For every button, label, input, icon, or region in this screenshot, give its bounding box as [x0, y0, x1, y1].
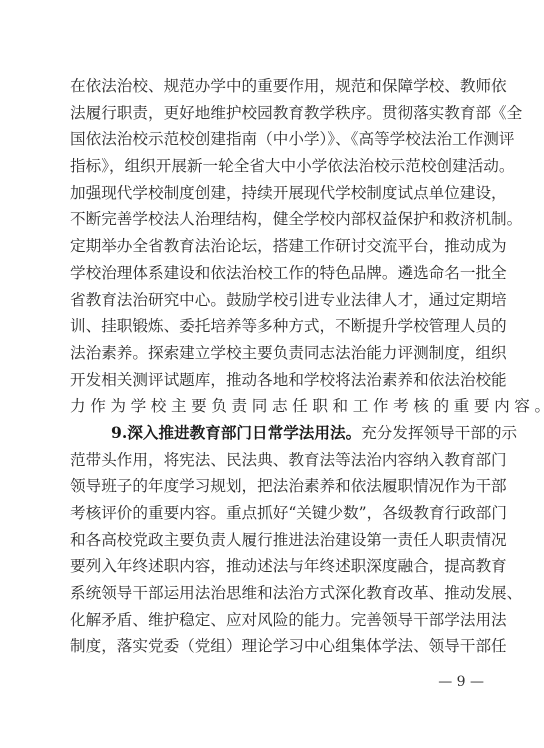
text-line: 定期举办全省教育法治论坛，搭建工作研讨交流平台，推动成为 [70, 233, 484, 260]
body-text: 在依法治校、规范办学中的重要作用，规范和保障学校、教师依 法履行职责，更好地维护… [70, 73, 484, 660]
text-line: 和各高校党政主要负责人履行推进法治建设第一责任人职责情况 [70, 527, 484, 554]
text-line: 力作为学校主要负责同志任职和工作考核的重要内容。 [70, 393, 484, 420]
text-line: 训、挂职锻炼、委托培养等多种方式，不断提升学校管理人员的 [70, 313, 484, 340]
text-line: 制度，落实党委（党组）理论学习中心组集体学法、领导干部任 [70, 633, 484, 660]
text-line: 学校治理体系建设和依法治校工作的特色品牌。遴选命名一批全 [70, 260, 484, 287]
text-line: 范带头作用，将宪法、民法典、教育法等法治内容纳入教育部门 [70, 447, 484, 474]
text-line: 在依法治校、规范办学中的重要作用，规范和保障学校、教师依 [70, 73, 484, 100]
text-line: 指标》，组织开展新一轮全省大中小学依法治校示范校创建活动。 [70, 153, 484, 180]
text-line: 开发相关测评试题库，推动各地和学校将法治素养和依法治校能 [70, 367, 484, 394]
section-9-text: 充分发挥领导干部的示 [361, 424, 517, 442]
text-line: 化解矛盾、维护稳定、应对风险的能力。完善领导干部学法用法 [70, 607, 484, 634]
text-line: 系统领导干部运用法治思维和法治方式深化教育改革、推动发展、 [70, 580, 484, 607]
text-line: 法治素养。探索建立学校主要负责同志法治能力评测制度，组织 [70, 340, 484, 367]
text-line: 省教育法治研究中心。鼓励学校引进专业法律人才，通过定期培 [70, 287, 484, 314]
page-number: — 9 — [432, 674, 484, 690]
text-line: 考核评价的重要内容。重点抓好“关键少数”，各级教育行政部门 [70, 500, 484, 527]
section-9-first-line: 9.深入推进教育部门日常学法用法。充分发挥领导干部的示 [70, 420, 484, 447]
document-page: 在依法治校、规范办学中的重要作用，规范和保障学校、教师依 法履行职责，更好地维护… [0, 0, 544, 748]
text-line: 领导班子的年度学习规划，把法治素养和依法履职情况作为干部 [70, 473, 484, 500]
text-line: 加强现代学校制度创建，持续开展现代学校制度试点单位建设， [70, 180, 484, 207]
text-line: 要列入年终述职内容，推动述法与年终述职深度融合，提高教育 [70, 553, 484, 580]
text-line: 国依法治校示范校创建指南（中小学）》、《高等学校法治工作测评 [70, 126, 484, 153]
text-line: 法履行职责，更好地维护校园教育教学秩序。贯彻落实教育部《全 [70, 100, 484, 127]
section-9-heading: 9.深入推进教育部门日常学法用法。 [111, 423, 361, 442]
text-line: 不断完善学校法人治理结构，健全学校内部权益保护和救济机制。 [70, 206, 484, 233]
